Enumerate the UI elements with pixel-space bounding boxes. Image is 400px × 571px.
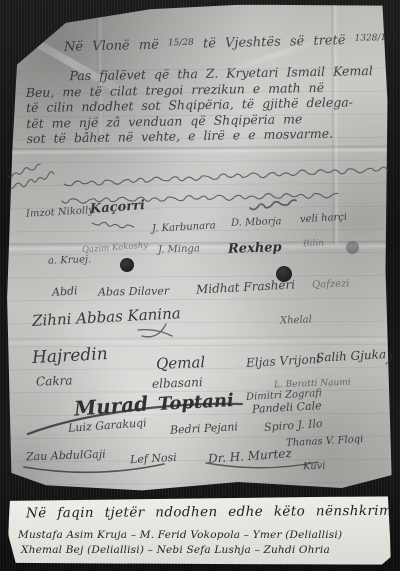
caption-names-line-1: Mustafa Asim Kruja – M. Ferid Vokopola –…	[18, 529, 342, 541]
caption-names-line-2: Xhemal Bej (Deliallisi) – Nebi Sefa Lush…	[21, 544, 330, 556]
photo-of-declaration-document: { "doc": { "dateline": { "p1": "Në Vlonë…	[0, 0, 400, 571]
caption-strip: Në faqin tjetër ndodhen edhe këto nënshk…	[8, 496, 391, 565]
vertical-crease	[331, 4, 339, 244]
declaration-paper	[4, 4, 391, 493]
caption-heading: Në faqin tjetër ndodhen edhe këto nënshk…	[26, 503, 400, 522]
